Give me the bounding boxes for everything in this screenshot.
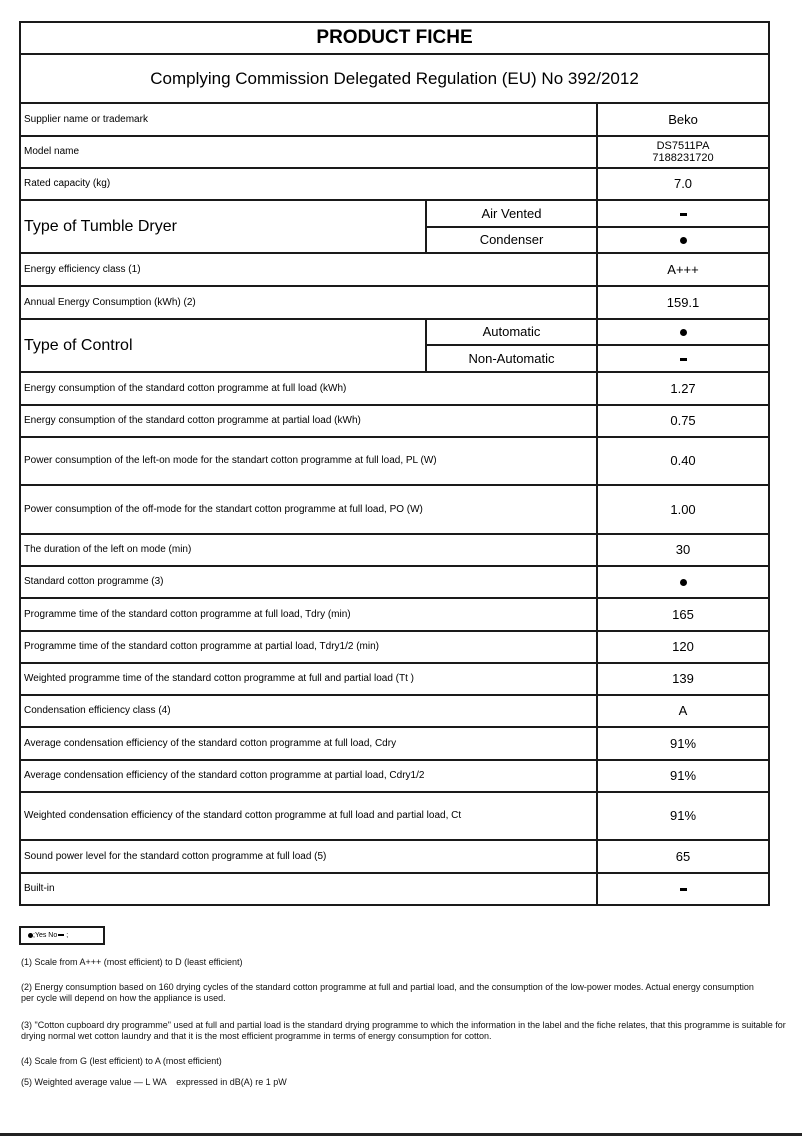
dryer-type-label: Type of Tumble Dryer bbox=[20, 200, 426, 253]
symbol-legend: ;Yes No ; bbox=[19, 926, 105, 945]
model-name: DS7511PA bbox=[601, 140, 765, 152]
control-option-non-automatic: Non-Automatic bbox=[426, 345, 597, 372]
energy-class-value: A+++ bbox=[597, 253, 769, 286]
footnote-4: (4) Scale from G (lest efficient) to A (… bbox=[21, 1056, 781, 1067]
cond-partial-label: Average condensation efficiency of the s… bbox=[20, 760, 597, 792]
legend-yes-no-label: ;Yes No bbox=[33, 932, 57, 939]
footnote-3: (3) "Cotton cupboard dry programme" used… bbox=[21, 1020, 791, 1042]
page-title: PRODUCT FICHE bbox=[20, 22, 769, 54]
power-off-value: 1.00 bbox=[597, 485, 769, 534]
sound-power-label: Sound power level for the standard cotto… bbox=[20, 840, 597, 873]
dash-icon bbox=[58, 934, 64, 936]
dryer-option-condenser: Condenser bbox=[426, 227, 597, 253]
power-left-on-value: 0.40 bbox=[597, 437, 769, 485]
supplier-label: Supplier name or trademark bbox=[20, 103, 597, 136]
dash-icon bbox=[680, 888, 687, 891]
time-full-value: 165 bbox=[597, 598, 769, 631]
energy-full-label: Energy consumption of the standard cotto… bbox=[20, 372, 597, 405]
condensation-class-label: Condensation efficiency class (4) bbox=[20, 695, 597, 727]
time-full-label: Programme time of the standard cotton pr… bbox=[20, 598, 597, 631]
control-option-automatic-value bbox=[597, 319, 769, 345]
built-in-label: Built-in bbox=[20, 873, 597, 905]
power-left-on-label: Power consumption of the left-on mode fo… bbox=[20, 437, 597, 485]
energy-full-value: 1.27 bbox=[597, 372, 769, 405]
footnote-2: (2) Energy consumption based on 160 dryi… bbox=[21, 982, 761, 1004]
time-weighted-value: 139 bbox=[597, 663, 769, 695]
power-off-label: Power consumption of the off-mode for th… bbox=[20, 485, 597, 534]
built-in-value bbox=[597, 873, 769, 905]
energy-class-label: Energy efficiency class (1) bbox=[20, 253, 597, 286]
energy-partial-label: Energy consumption of the standard cotto… bbox=[20, 405, 597, 437]
dot-icon bbox=[680, 237, 687, 244]
product-fiche-table: PRODUCT FICHE Complying Commission Deleg… bbox=[19, 21, 770, 906]
standard-programme-value bbox=[597, 566, 769, 598]
dryer-option-air-vented-value bbox=[597, 200, 769, 227]
dryer-option-air-vented: Air Vented bbox=[426, 200, 597, 227]
condensation-class-value: A bbox=[597, 695, 769, 727]
capacity-value: 7.0 bbox=[597, 168, 769, 200]
footnote-5: (5) Weighted average value — L WA expres… bbox=[21, 1077, 781, 1088]
annual-energy-label: Annual Energy Consumption (kWh) (2) bbox=[20, 286, 597, 319]
supplier-value: Beko bbox=[597, 103, 769, 136]
time-weighted-label: Weighted programme time of the standard … bbox=[20, 663, 597, 695]
dot-icon bbox=[680, 579, 687, 586]
control-option-non-automatic-value bbox=[597, 345, 769, 372]
cond-full-value: 91% bbox=[597, 727, 769, 760]
cond-partial-value: 91% bbox=[597, 760, 769, 792]
sound-power-value: 65 bbox=[597, 840, 769, 873]
capacity-label: Rated capacity (kg) bbox=[20, 168, 597, 200]
cond-full-label: Average condensation efficiency of the s… bbox=[20, 727, 597, 760]
dash-icon bbox=[680, 213, 687, 216]
annual-energy-value: 159.1 bbox=[597, 286, 769, 319]
dot-icon bbox=[680, 329, 687, 336]
model-code: 7188231720 bbox=[601, 152, 765, 164]
cond-weighted-value: 91% bbox=[597, 792, 769, 840]
footnote-1: (1) Scale from A+++ (most efficient) to … bbox=[21, 957, 781, 968]
model-label: Model name bbox=[20, 136, 597, 168]
left-on-duration-value: 30 bbox=[597, 534, 769, 566]
model-value: DS7511PA 7188231720 bbox=[597, 136, 769, 168]
cond-weighted-label: Weighted condensation efficiency of the … bbox=[20, 792, 597, 840]
dash-icon bbox=[680, 358, 687, 361]
standard-programme-label: Standard cotton programme (3) bbox=[20, 566, 597, 598]
regulation-subtitle: Complying Commission Delegated Regulatio… bbox=[20, 54, 769, 103]
legend-no-suffix: ; bbox=[66, 932, 68, 939]
left-on-duration-label: The duration of the left on mode (min) bbox=[20, 534, 597, 566]
time-partial-value: 120 bbox=[597, 631, 769, 663]
control-type-label: Type of Control bbox=[20, 319, 426, 372]
dryer-option-condenser-value bbox=[597, 227, 769, 253]
control-option-automatic: Automatic bbox=[426, 319, 597, 345]
energy-partial-value: 0.75 bbox=[597, 405, 769, 437]
time-partial-label: Programme time of the standard cotton pr… bbox=[20, 631, 597, 663]
